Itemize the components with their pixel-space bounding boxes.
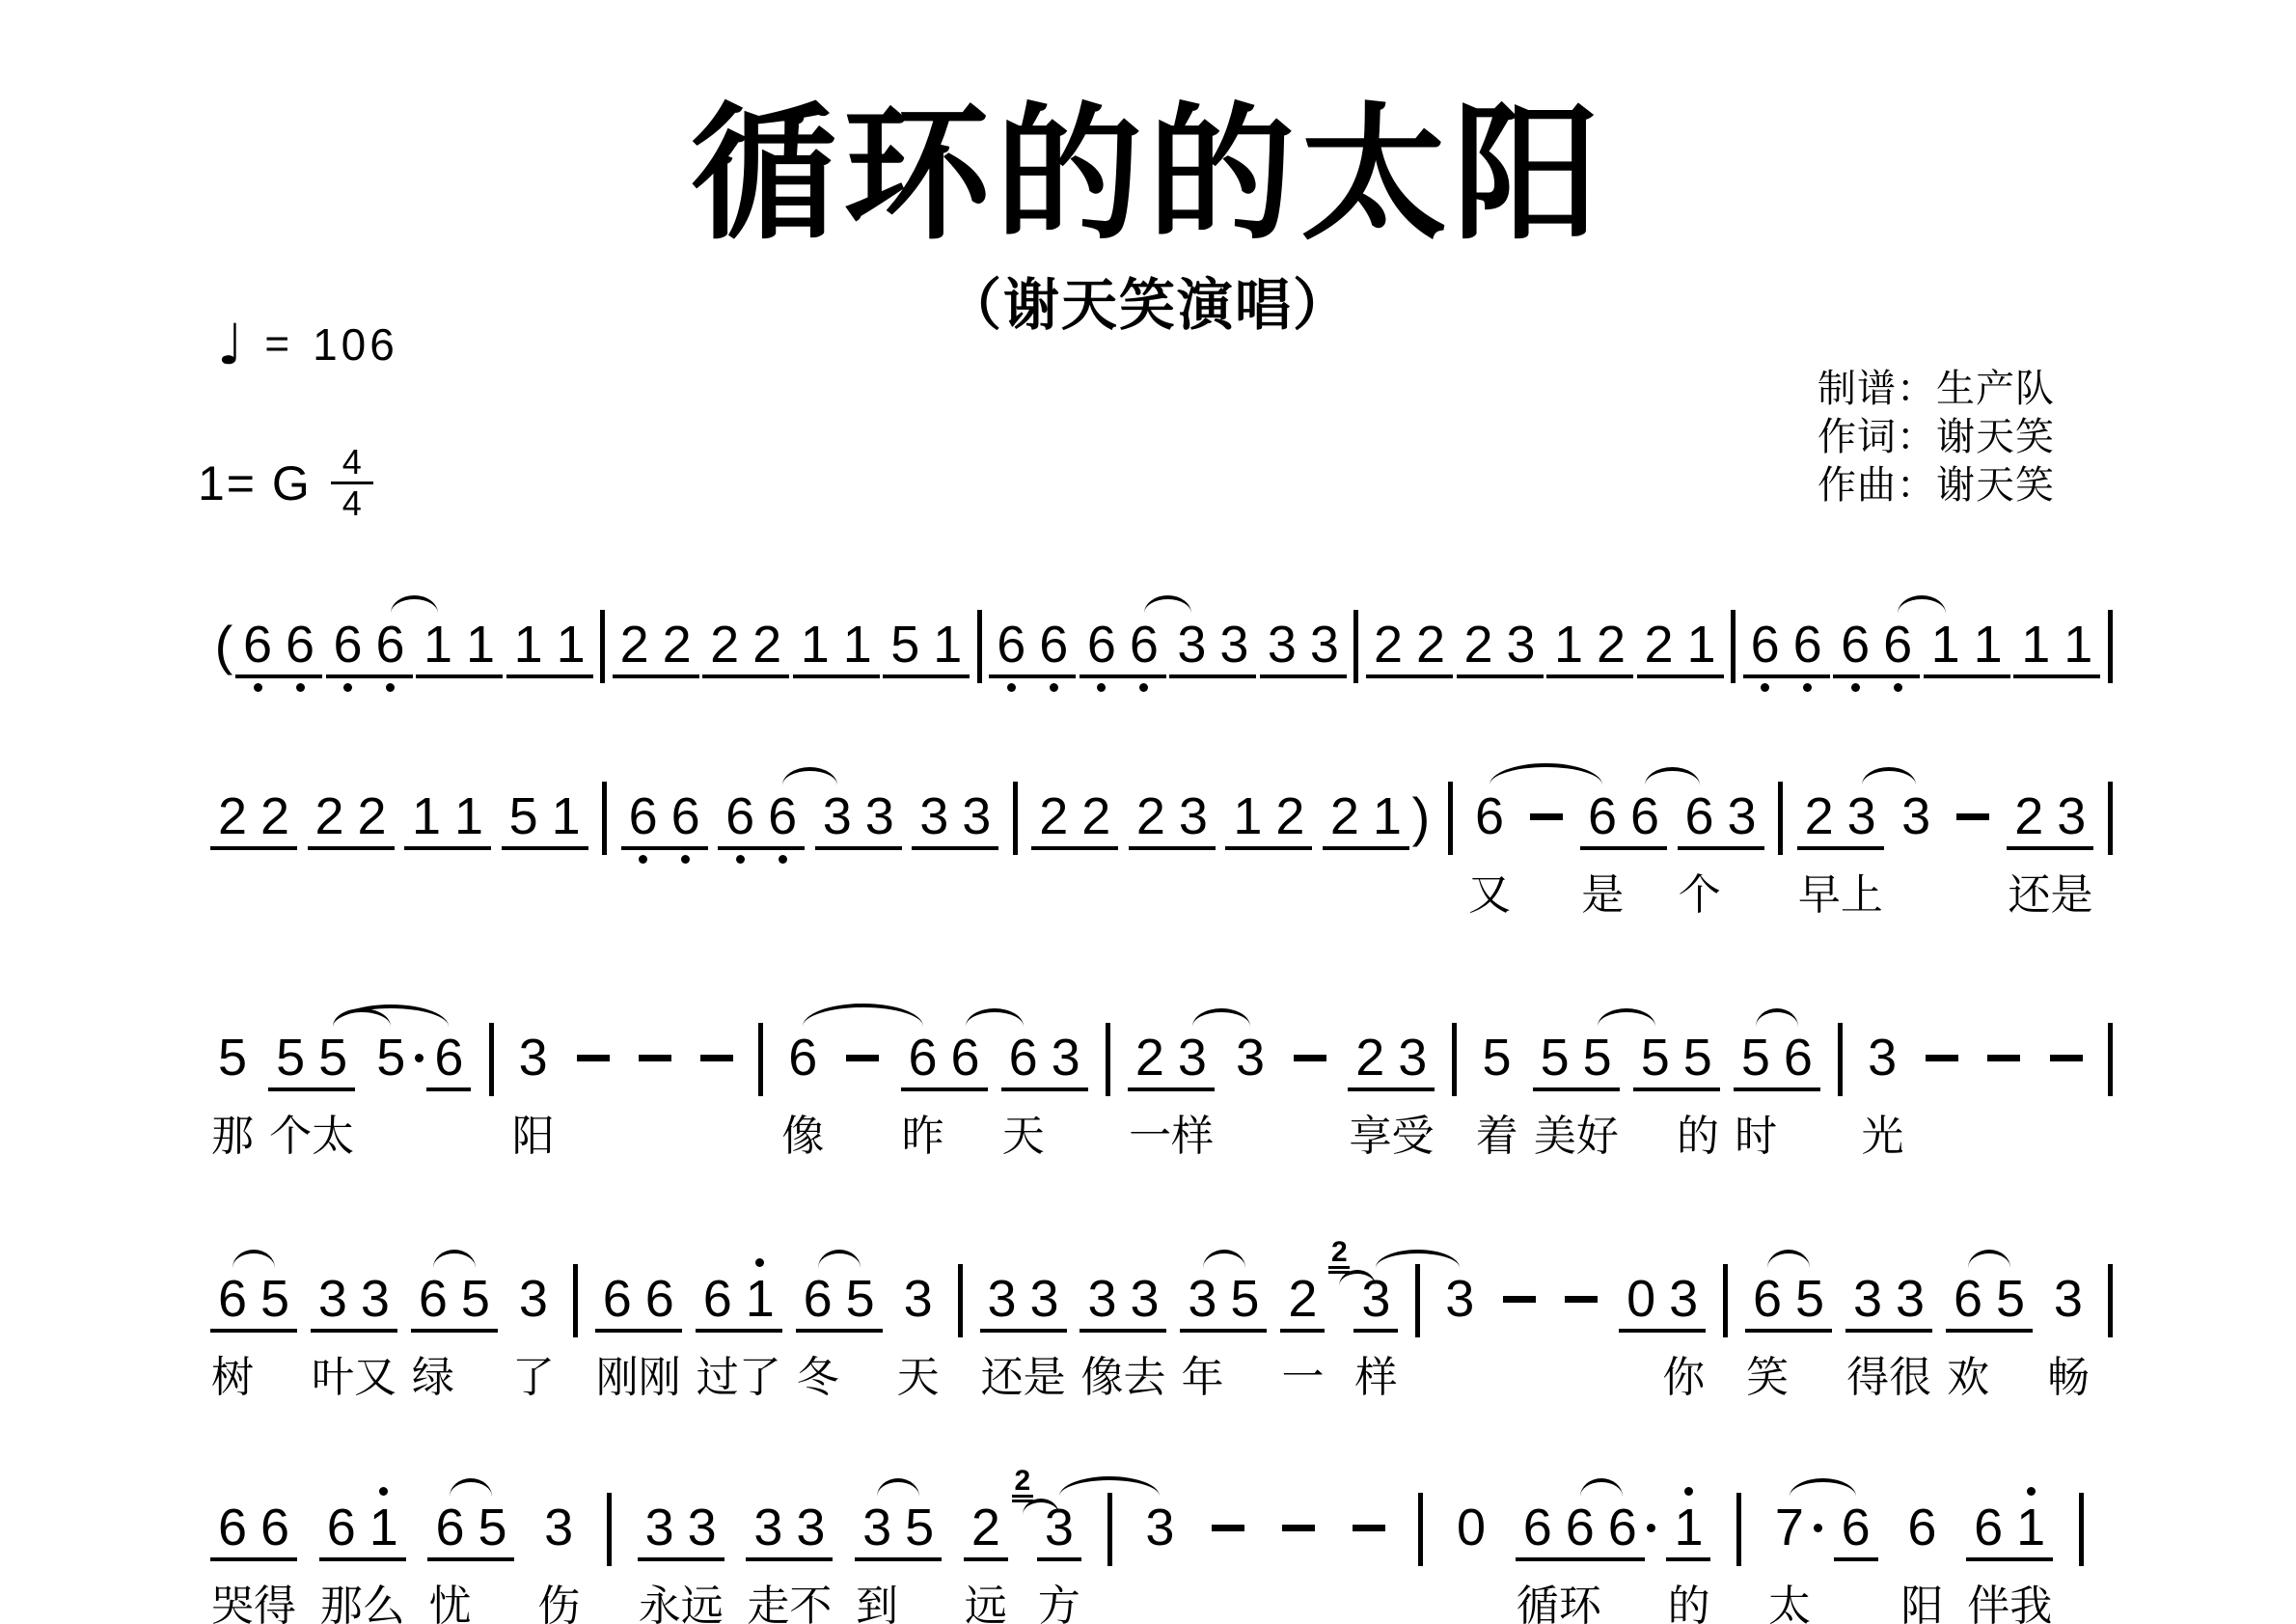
note: 6 — [1903, 1500, 1940, 1555]
low-octave-dot — [343, 683, 352, 692]
beam-underline — [989, 674, 1033, 678]
beam-underline — [1457, 674, 1501, 678]
note: 5 — [506, 789, 542, 843]
low-octave-dot — [296, 683, 305, 692]
high-octave-dot — [379, 1487, 388, 1496]
duration-dash — [635, 1031, 675, 1085]
note: 6 — [668, 789, 704, 843]
time-signature: 4 4 — [329, 444, 375, 522]
beam-underline — [1260, 674, 1304, 678]
lyric-syllable: 远 — [961, 1583, 1011, 1624]
score-header: 循环的的太阳 （谢天笑演唱） — [0, 83, 2296, 340]
note: 3 — [1898, 789, 1934, 843]
beam-underline — [954, 846, 998, 850]
slur-arc — [391, 595, 439, 614]
lyric-syllable: 冬 — [793, 1355, 843, 1401]
note: 3 — [1503, 618, 1540, 672]
beam-underline — [613, 674, 657, 678]
dash-line — [2050, 1055, 2083, 1061]
barline — [2108, 1264, 2113, 1337]
lyric-syllable: 着 — [1472, 1114, 1522, 1160]
slur-arc — [333, 1005, 449, 1027]
note: 3 — [900, 1272, 937, 1326]
beam-underline — [350, 846, 395, 850]
beam-underline — [838, 1329, 883, 1333]
note: 3 — [859, 1500, 895, 1555]
note: 5 — [257, 1272, 293, 1326]
beam-underline — [980, 1329, 1025, 1333]
note: 1 — [2012, 1500, 2049, 1555]
beam-underline — [1633, 1087, 1678, 1091]
note: 6 — [1780, 1031, 1817, 1085]
note: 2 — [1133, 789, 1169, 843]
notes-row: 666165333333522330666176661 — [214, 1500, 2084, 1555]
beam-underline — [353, 1329, 397, 1333]
beam-underline — [2009, 1557, 2053, 1561]
slur-arc — [1490, 763, 1602, 785]
beam-underline — [1788, 1329, 1832, 1333]
credit-line-composer: 作曲：谢天笑 — [1818, 461, 2055, 509]
slur-arc — [966, 1008, 1024, 1027]
note: 3 — [540, 1500, 577, 1555]
beam-underline — [253, 1329, 297, 1333]
note: 3 — [2050, 1272, 2087, 1326]
note: 2 — [1801, 789, 1838, 843]
lyric-syllable: 个 — [1675, 872, 1725, 919]
duration-dash — [1499, 1272, 1540, 1326]
beam-underline — [1169, 674, 1214, 678]
note: 1 — [548, 789, 585, 843]
beam-underline — [1180, 1329, 1224, 1333]
barline — [1448, 782, 1453, 855]
lyric-syllable: 不 — [785, 1583, 835, 1624]
duration-dash — [573, 1031, 614, 1085]
lyric-syllable: 上 — [1837, 872, 1887, 919]
beam-underline — [1666, 1557, 1710, 1561]
beam-underline — [210, 1557, 255, 1561]
note: 2 — [1326, 789, 1363, 843]
beam-underline — [793, 674, 837, 678]
slur-arc — [1376, 1250, 1460, 1268]
lyric-syllable: 太 — [1764, 1583, 1815, 1624]
note: 3 — [916, 789, 952, 843]
note: 3 — [1173, 618, 1210, 672]
lyric-syllable: 阳 — [508, 1114, 559, 1160]
barline — [489, 1023, 494, 1096]
lyric-syllable: 样 — [1351, 1355, 1401, 1401]
note: 6 — [1126, 618, 1162, 672]
notes-row: 555563666632332355555563 — [214, 1031, 2113, 1085]
key-signature: 1= G 4 4 — [198, 444, 375, 522]
note: 6 — [1035, 618, 1072, 672]
note: 6 — [1604, 1500, 1641, 1555]
beam-underline — [2049, 846, 2093, 850]
beam-underline — [883, 674, 927, 678]
note: 3 — [1441, 1272, 1478, 1326]
slur-arc — [803, 1004, 922, 1027]
slur-arc — [1767, 1250, 1810, 1268]
notes-row: 222211516666333322231221)6666323323 — [214, 789, 2113, 843]
note: 3 — [1175, 789, 1212, 843]
note: 1 — [1369, 789, 1406, 843]
beam-underline — [210, 1329, 255, 1333]
note: 3 — [515, 1272, 552, 1326]
open-paren: ( — [214, 618, 233, 672]
barline — [573, 1264, 578, 1337]
note: 5 — [372, 1031, 409, 1085]
note: 6 — [1747, 618, 1784, 672]
lyric-syllable: 我 — [2006, 1583, 2056, 1624]
beam-underline — [1170, 1087, 1215, 1091]
beam-underline — [1676, 1087, 1720, 1091]
low-octave-dot — [681, 855, 690, 864]
note: 2 — [1271, 789, 1308, 843]
music-line: 666165333333522330666176661哭得那么忧伤永远走不到远方… — [214, 1500, 2084, 1555]
beam-underline — [1533, 1087, 1577, 1091]
note: 6 — [430, 1031, 467, 1085]
dash-line — [639, 1055, 671, 1061]
beam-underline — [549, 674, 593, 678]
note: 3 — [314, 1272, 351, 1326]
beam-underline — [1600, 1557, 1645, 1561]
beam-underline — [1734, 1087, 1778, 1091]
beam-underline — [426, 1087, 471, 1091]
note: 6 — [1837, 618, 1873, 672]
beam-underline — [319, 1557, 364, 1561]
note: 2 — [1370, 618, 1407, 672]
note: 3 — [1216, 618, 1252, 672]
note: 1 — [553, 618, 589, 672]
slur-arc — [232, 1250, 275, 1268]
tempo-marking: ♩ = 106 — [217, 311, 398, 378]
dash-line — [700, 1055, 733, 1061]
note: 1 — [1229, 789, 1266, 843]
high-octave-dot — [755, 1258, 764, 1267]
beam-underline — [404, 846, 449, 850]
beam-underline — [1212, 674, 1256, 678]
beam-underline — [1171, 846, 1216, 850]
low-octave-dot — [779, 855, 787, 864]
note: 2 — [1132, 1031, 1168, 1085]
beam-underline — [1619, 1329, 1663, 1333]
slur-arc — [1968, 1250, 2010, 1268]
low-octave-dot — [254, 683, 262, 692]
barline — [2108, 1023, 2113, 1096]
note: 6 — [1749, 1272, 1786, 1326]
barline — [2108, 610, 2113, 683]
beam-underline — [1743, 674, 1788, 678]
note: 6 — [214, 1500, 251, 1555]
barline — [1736, 1493, 1741, 1566]
note: 2 — [1078, 789, 1114, 843]
note: 6 — [1838, 1500, 1874, 1555]
beam-underline — [416, 674, 460, 678]
barline — [1723, 1264, 1728, 1337]
beam-underline — [268, 1087, 313, 1091]
beam-underline — [1268, 846, 1312, 850]
note: 3 — [1083, 1272, 1120, 1326]
notes-row: (666611112222115166663333222312216666111… — [214, 618, 2113, 672]
note: 1 — [462, 618, 499, 672]
lyric-syllable: 你 — [1658, 1355, 1708, 1401]
lyric-syllable: 畅 — [2043, 1355, 2093, 1401]
lyric-syllable: 到 — [852, 1583, 902, 1624]
note: 6 — [764, 789, 801, 843]
duration-dash — [1953, 789, 1993, 843]
beam-underline — [1966, 1557, 2010, 1561]
lyric-syllable: 笑 — [1742, 1355, 1792, 1401]
beam-underline — [925, 674, 970, 678]
beam-underline — [1680, 674, 1724, 678]
barline — [1107, 1493, 1112, 1566]
lyric-syllable: 受 — [1387, 1114, 1437, 1160]
lyric-syllable: 阳 — [1898, 1583, 1948, 1624]
beam-underline — [1074, 846, 1118, 850]
beam-underline — [1323, 846, 1367, 850]
slur-arc — [1203, 1250, 1245, 1268]
beam-underline — [311, 1087, 355, 1091]
note: 6 — [330, 618, 367, 672]
beam-underline — [308, 846, 352, 850]
beam-underline — [453, 1329, 498, 1333]
note: 3 — [819, 789, 856, 843]
slur-arc — [818, 1250, 861, 1268]
note: 3 — [792, 1500, 829, 1555]
note: 6 — [905, 1031, 942, 1085]
note: 1 — [1683, 618, 1720, 672]
note: 1 — [510, 618, 547, 672]
beam-underline — [1080, 1329, 1124, 1333]
credit-line-arranger: 制谱：生产队 — [1818, 365, 2055, 413]
note: 1 — [839, 618, 876, 672]
barline — [1418, 1493, 1423, 1566]
note: 1 — [408, 789, 445, 843]
beam-underline — [897, 1557, 942, 1561]
note: 2 — [214, 789, 251, 843]
lyric-syllable: 去 — [1120, 1355, 1170, 1401]
duration-dash — [1526, 789, 1567, 843]
beam-underline — [760, 846, 805, 850]
note: 2 — [968, 1500, 1004, 1555]
low-octave-dot — [1894, 683, 1902, 692]
augmentation-dot — [1647, 1524, 1655, 1532]
beam-underline — [1408, 674, 1453, 678]
note: 2 — [706, 618, 743, 672]
beam-underline — [912, 846, 956, 850]
note: 6 — [1083, 618, 1120, 672]
slur-arc — [1756, 1008, 1798, 1027]
lyric-syllable: 好 — [1572, 1114, 1623, 1160]
dash-line — [1565, 1296, 1598, 1303]
beam-underline — [1122, 1329, 1166, 1333]
note: 1 — [1970, 618, 2007, 672]
beam-underline — [1833, 674, 1877, 678]
duration-dash — [1278, 1500, 1319, 1555]
note: 1 — [1550, 618, 1587, 672]
low-octave-dot — [1050, 683, 1058, 692]
duration-dash — [2046, 1031, 2087, 1085]
note: 2 — [659, 618, 696, 672]
beam-underline — [655, 674, 699, 678]
beam-underline — [1888, 1329, 1932, 1333]
lyric-syllable: 忧 — [424, 1583, 475, 1624]
tempo-equals: = — [264, 320, 289, 369]
note: 6 — [1519, 1500, 1556, 1555]
barline — [758, 1023, 763, 1096]
note: 5 — [1680, 1031, 1716, 1085]
note: 7 — [1771, 1500, 1808, 1555]
beam-underline — [943, 1087, 988, 1091]
beam-underline — [1988, 1329, 2033, 1333]
beam-underline — [427, 1557, 472, 1561]
note: 3 — [861, 789, 898, 843]
lyric-syllable: 光 — [1857, 1114, 1907, 1160]
beam-underline — [1023, 1329, 1067, 1333]
beam-underline — [738, 1329, 782, 1333]
note: 3 — [1184, 1272, 1220, 1326]
beam-underline — [1575, 1087, 1620, 1091]
beam-underline — [1924, 674, 1968, 678]
note: 3 — [1844, 789, 1880, 843]
beam-underline — [1037, 1557, 1081, 1561]
beam-underline — [1745, 1329, 1790, 1333]
lyric-syllable: 天 — [893, 1355, 943, 1401]
augmentation-dot — [1814, 1524, 1822, 1532]
duration-dash — [1983, 1031, 2024, 1085]
note: 2 — [1593, 618, 1629, 672]
grace-digit: 2 — [1326, 1237, 1352, 1268]
note: 3 — [2053, 789, 2090, 843]
note: 1 — [929, 618, 966, 672]
barline — [1415, 1264, 1420, 1337]
note: 6 — [372, 618, 409, 672]
slur-arc — [877, 1478, 919, 1497]
beam-underline — [1776, 1087, 1820, 1091]
beam-underline — [1001, 1087, 1046, 1091]
beam-underline — [680, 1557, 724, 1561]
note: 3 — [984, 1272, 1021, 1326]
note: 5 — [1479, 1031, 1516, 1085]
beam-underline — [1840, 846, 1884, 850]
note: 3 — [1665, 1272, 1702, 1326]
low-octave-dot — [386, 683, 395, 692]
dash-line — [1503, 1296, 1536, 1303]
note: 6 — [1626, 789, 1663, 843]
lyric-syllable: 得 — [250, 1583, 300, 1624]
note: 6 — [642, 1272, 678, 1326]
high-octave-dot — [1684, 1487, 1693, 1496]
low-octave-dot — [1139, 683, 1148, 692]
note: 3 — [1026, 1272, 1063, 1326]
dash-line — [577, 1055, 610, 1061]
barline — [1353, 610, 1358, 683]
note: 6 — [800, 1272, 836, 1326]
notes-row: 653365366616533333352233036533653 — [214, 1272, 2113, 1326]
beam-underline — [638, 1557, 682, 1561]
beam-underline — [664, 846, 708, 850]
note: 6 — [239, 618, 276, 672]
beam-underline — [1129, 846, 1173, 850]
beam-underline — [1225, 846, 1270, 850]
beam-underline — [1366, 674, 1410, 678]
beam-underline — [447, 846, 491, 850]
note: 3 — [1724, 789, 1761, 843]
credits: 制谱：生产队 作词：谢天笑 作曲：谢天笑 — [1818, 365, 2055, 509]
beam-underline — [369, 674, 413, 678]
beam-underline — [815, 846, 860, 850]
page-title: 循环的的太阳 — [0, 83, 2296, 266]
note: 6 — [257, 1500, 293, 1555]
duration-dash — [1208, 1500, 1248, 1555]
beam-underline — [1875, 674, 1920, 678]
lyric-syllable: 样 — [1167, 1114, 1217, 1160]
lyric-syllable: 又 — [350, 1355, 400, 1401]
beam-underline — [1280, 1329, 1325, 1333]
lyric-syllable: 了 — [735, 1355, 785, 1401]
note: 6 — [599, 1272, 636, 1326]
note: 2 — [1352, 1031, 1388, 1085]
beam-underline — [311, 1329, 355, 1333]
slur-arc — [450, 1478, 492, 1497]
slur-arc — [1192, 1008, 1250, 1027]
beam-underline — [1390, 1087, 1435, 1091]
note: 6 — [431, 1500, 468, 1555]
lyric-syllable: 环 — [1555, 1583, 1605, 1624]
lyric-syllable: 刚 — [635, 1355, 685, 1401]
beam-underline — [1222, 1329, 1267, 1333]
note: 1 — [451, 789, 487, 843]
augmentation-dot — [415, 1054, 424, 1062]
beam-underline — [278, 674, 322, 678]
slur-arc — [1059, 1476, 1160, 1497]
beam-underline — [1786, 674, 1830, 678]
close-paren: ) — [1411, 789, 1431, 843]
beam-underline — [1031, 846, 1076, 850]
beam-underline — [2056, 674, 2100, 678]
barline — [602, 782, 607, 855]
beam-underline — [506, 674, 551, 678]
note: 2 — [257, 789, 293, 843]
note: 3 — [1232, 1031, 1269, 1085]
duration-dash — [697, 1031, 737, 1085]
note: 6 — [282, 618, 318, 672]
note: 3 — [1864, 1031, 1900, 1085]
note: 5 — [272, 1031, 309, 1085]
beam-underline — [595, 1329, 640, 1333]
lyric-syllable: 太 — [308, 1114, 358, 1160]
slur-arc — [433, 1250, 476, 1268]
note: 3 — [1394, 1031, 1431, 1085]
beam-underline — [1580, 846, 1625, 850]
note: 6 — [1950, 1272, 1986, 1326]
slur-arc — [1144, 595, 1192, 614]
note: 3 — [1048, 1031, 1084, 1085]
beam-underline — [1546, 674, 1591, 678]
note: 0 — [1623, 1272, 1659, 1326]
note: 5 — [842, 1272, 879, 1326]
lyric-syllable: 是 — [1020, 1355, 1070, 1401]
note: 0 — [1453, 1500, 1490, 1555]
dash-line — [1926, 1055, 1958, 1061]
note: 6 — [1584, 789, 1621, 843]
note: 3 — [958, 789, 995, 843]
beam-underline — [1797, 846, 1842, 850]
beam-underline — [1558, 1557, 1602, 1561]
dash-line — [1212, 1525, 1244, 1531]
music-line: 653365366616533333352233036533653树叶又绿了刚刚… — [214, 1272, 2113, 1326]
beam-underline — [1365, 846, 1409, 850]
beam-underline — [901, 1087, 945, 1091]
